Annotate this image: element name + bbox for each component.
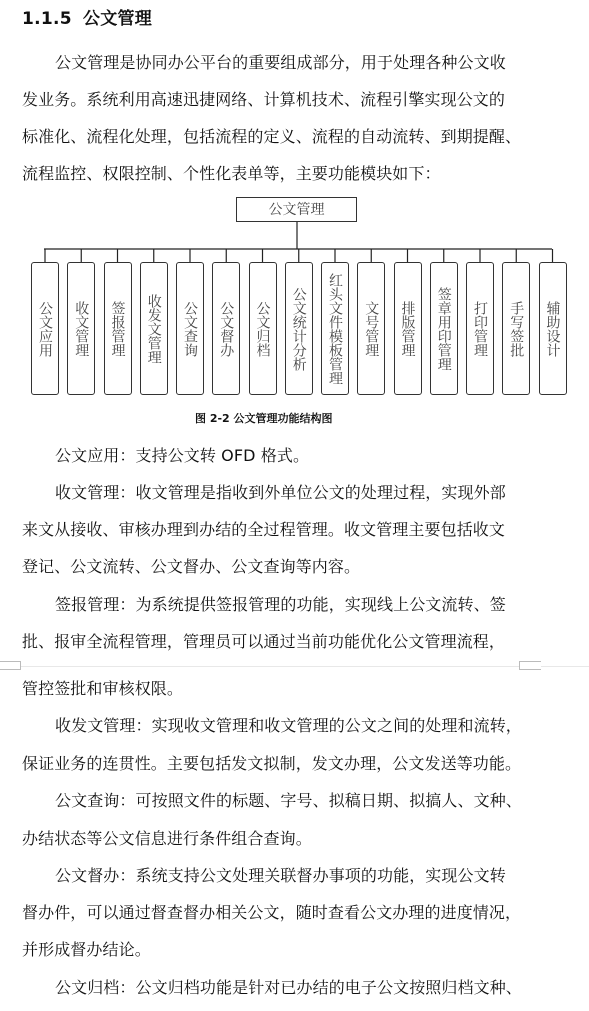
diagram-leaf-node: 文号管理 [357, 262, 385, 395]
para-sendrecv-line-1: 收发文管理：实现收文管理和收文管理的公文之间的处理和流转， [55, 716, 522, 736]
diagram-leaf-node: 手写签批 [502, 262, 530, 395]
diagram-leaf-node: 收文管理 [67, 262, 95, 395]
diagram-leaf-label: 公文查询 [183, 301, 197, 357]
para-supervise-line-3: 并形成督办结论。 [22, 940, 151, 960]
diagram-leaf-label: 公文督办 [219, 301, 233, 357]
diagram-leaf-node: 红头文件模板管理 [321, 262, 349, 395]
para-sign-line-1: 签报管理：为系统提供签报管理的功能，实现线上公文流转、签 [55, 595, 506, 615]
diagram-leaf-label: 签章用印管理 [437, 287, 451, 371]
diagram-leaf-node: 收发文管理 [140, 262, 168, 395]
diagram-leaf-label: 红头文件模板管理 [328, 273, 342, 385]
para-sendrecv-line-2: 保证业务的连贯性。主要包括发文拟制，发文办理，公文发送等功能。 [22, 754, 521, 774]
diagram-leaf-node: 辅助设计 [539, 262, 567, 395]
diagram-leaf-node: 打印管理 [466, 262, 494, 395]
page-corner-mark-right [519, 661, 541, 670]
page-corner-mark-left [0, 661, 21, 670]
diagram-leaf-label: 公文归档 [256, 301, 270, 357]
diagram-leaf-node: 公文归档 [249, 262, 277, 395]
para-archive-line-1: 公文归档：公文归档功能是针对已办结的电子公文按照归档文种、 [55, 978, 522, 998]
para-receive-line-2: 来文从接收、审核办理到办结的全过程管理。收文管理主要包括收文 [22, 520, 505, 540]
diagram-leaf-label: 公文应用 [38, 301, 52, 357]
diagram-leaf-node: 公文统计分析 [285, 262, 313, 395]
diagram-leaf-node: 签章用印管理 [430, 262, 458, 395]
diagram-leaf-label: 辅助设计 [546, 301, 560, 357]
diagram-leaf-label: 打印管理 [473, 301, 487, 357]
para-app-line-1: 公文应用：支持公文转 OFD 格式。 [55, 446, 309, 466]
para-supervise-line-2: 督办件，可以通过督查督办相关公文，随时查看公文办理的进度情况， [22, 903, 521, 923]
para-sign-line-2: 批、报审全流程管理，管理员可以通过当前功能优化公文管理流程， [22, 632, 505, 652]
function-structure-diagram: 公文管理 公文应用收文管理签报管理收发文管理公文查询公文督办公文归档公文统计分析… [0, 0, 589, 400]
diagram-leaf-node: 签报管理 [104, 262, 132, 395]
diagram-leaf-label: 公文统计分析 [292, 287, 306, 371]
diagram-leaf-label: 手写签批 [509, 301, 523, 357]
diagram-root-node: 公文管理 [236, 197, 357, 222]
diagram-leaf-label: 签报管理 [111, 301, 125, 357]
diagram-leaf-node: 公文应用 [31, 262, 59, 395]
para-sign-line-3: 管控签批和审核权限。 [22, 679, 183, 699]
para-receive-line-1: 收文管理：收文管理是指收到外单位公文的处理过程，实现外部 [55, 483, 506, 503]
diagram-leaf-node: 公文督办 [212, 262, 240, 395]
figure-caption: 图 2-2 公文管理功能结构图 [195, 410, 333, 426]
diagram-leaf-label: 文号管理 [364, 301, 378, 357]
diagram-leaf-label: 收发文管理 [147, 294, 161, 364]
diagram-leaf-node: 排版管理 [394, 262, 422, 395]
para-query-line-2: 办结状态等公文信息进行条件组合查询。 [22, 829, 312, 849]
diagram-leaf-label: 排版管理 [401, 301, 415, 357]
para-supervise-line-1: 公文督办：系统支持公文处理关联督办事项的功能，实现公文转 [55, 866, 506, 886]
diagram-leaf-label: 收文管理 [74, 301, 88, 357]
page-break [0, 666, 589, 667]
para-query-line-1: 公文查询：可按照文件的标题、字号、拟稿日期、拟搞人、文种、 [55, 791, 522, 811]
diagram-leaf-node: 公文查询 [176, 262, 204, 395]
para-receive-line-3: 登记、公文流转、公文督办、公文查询等内容。 [22, 557, 360, 577]
